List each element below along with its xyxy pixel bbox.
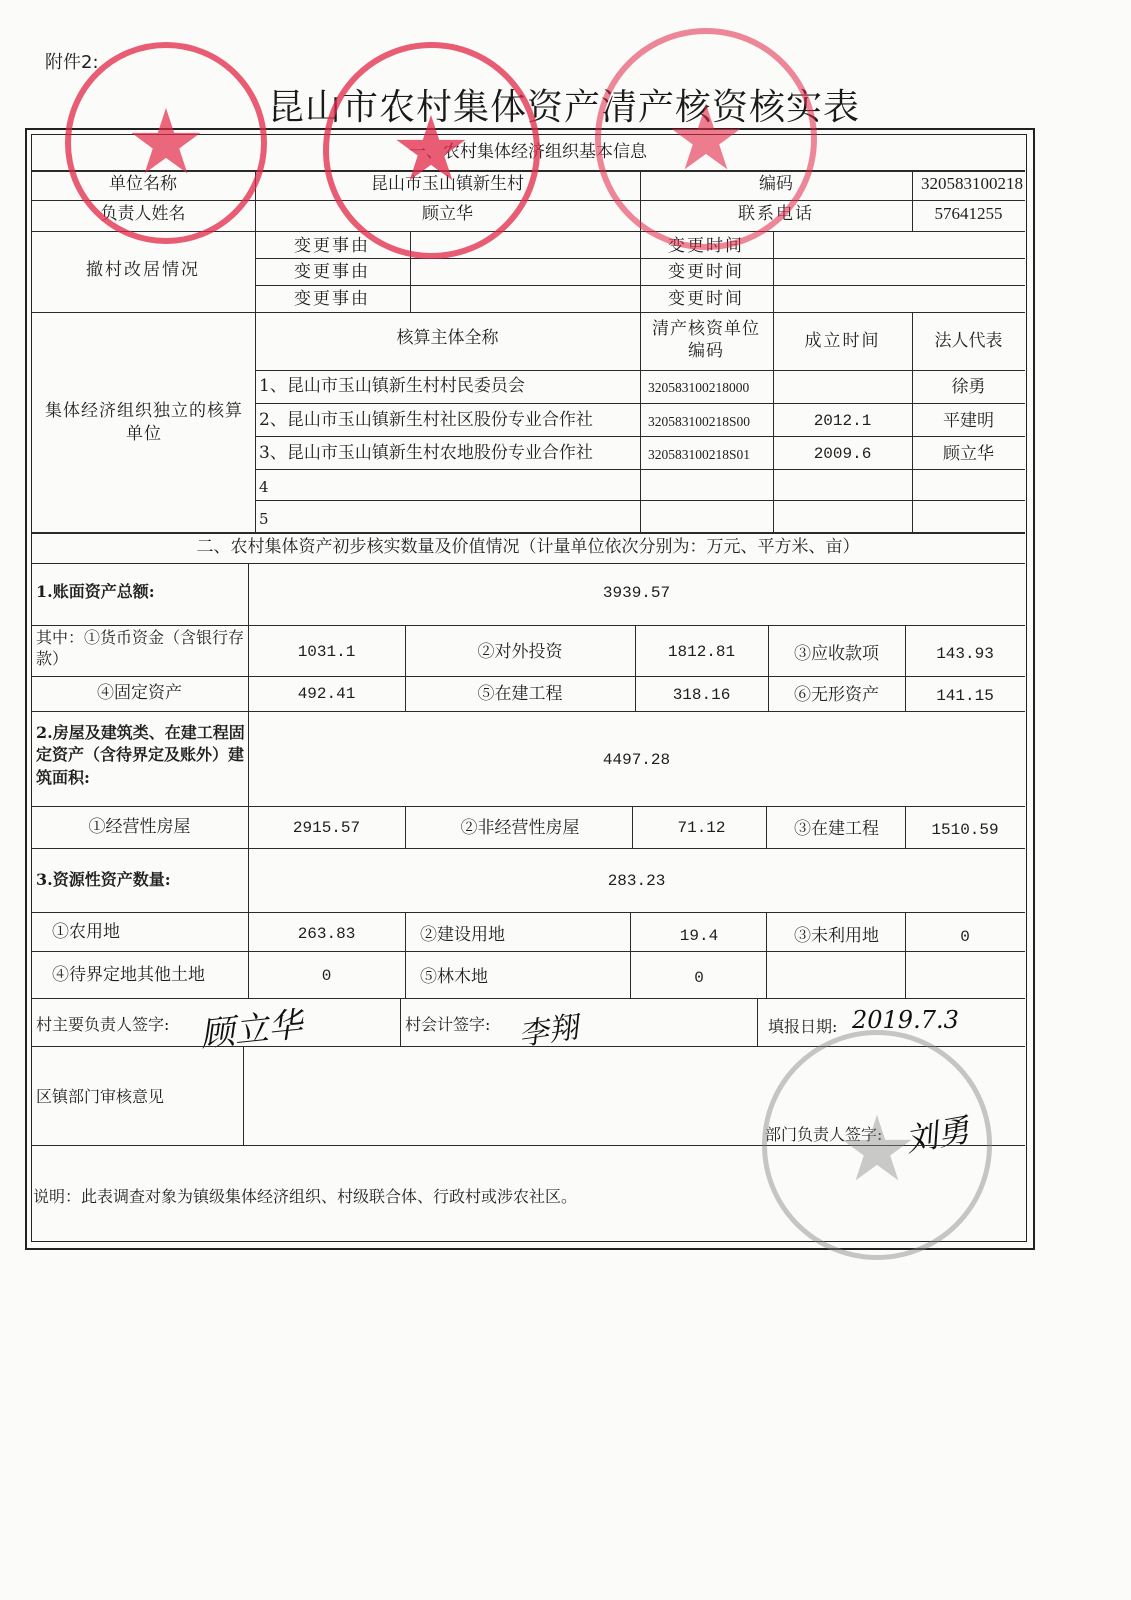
review-opinion-label: 区镇部门审核意见 (36, 1087, 164, 1106)
asset-item-receivable-label: ③应收款项 (768, 644, 905, 664)
attachment-label: 附件2: (45, 52, 99, 74)
asset-item-intangible-value: 141.15 (905, 687, 1025, 706)
change-time-label-1: 变更时间 (668, 236, 744, 256)
resources-label: 3.资源性资产数量: (36, 870, 171, 889)
change-time-label-2: 变更时间 (668, 262, 744, 282)
building-item-nonoperating-value: 71.12 (635, 819, 768, 838)
resources-total: 283.23 (248, 872, 1025, 891)
accounting-units-label: 集体经济组织独立的核算单位 (38, 400, 250, 446)
asset-item-construction-value: 318.16 (635, 686, 768, 705)
accounting-row-1-rep: 徐勇 (912, 377, 1025, 397)
book-assets-total: 3939.57 (248, 584, 1025, 603)
accounting-row-1-code: 320583100218000 (648, 380, 749, 396)
village-head-signature-label: 村主要负责人签字: (36, 1015, 169, 1034)
resource-item-forest-label: ⑤林木地 (420, 967, 488, 987)
fill-date-label: 填报日期: (768, 1017, 837, 1036)
resource-item-agri-value: 263.83 (248, 925, 405, 944)
accounting-row-2-name: 2、昆山市玉山镇新生村社区股份专业合作社 (259, 410, 593, 430)
accounting-header-founded: 成立时间 (773, 331, 912, 351)
asset-item-receivable-value: 143.93 (905, 645, 1025, 664)
dept-head-signature-label: 部门负责人签字: (765, 1125, 882, 1144)
change-reason-label-2: 变更事由 (294, 262, 370, 282)
accounting-header-name: 核算主体全称 (255, 328, 640, 348)
leader-value: 顾立华 (255, 204, 640, 224)
asset-item-fixed-label: ④固定资产 (31, 683, 248, 703)
book-assets-label: 1.账面资产总额: (36, 582, 155, 601)
resource-item-construction-value: 19.4 (630, 927, 768, 946)
unit-name-value: 昆山市玉山镇新生村 (255, 174, 640, 194)
change-reason-label-3: 变更事由 (294, 289, 370, 309)
asset-item-investment-value: 1812.81 (635, 643, 768, 662)
phone-value: 57641255 (912, 204, 1025, 224)
footnote: 说明：此表调查对象为镇级集体经济组织、村级联合体、行政村或涉农社区。 (33, 1187, 577, 1206)
asset-item-intangible-label: ⑥无形资产 (768, 685, 905, 705)
resource-item-unused-label: ③未利用地 (768, 926, 905, 946)
change-time-input-2[interactable] (775, 260, 1023, 284)
buildings-label: 2.房屋及建筑类、在建工程固定资产（含待界定及账外）建筑面积: (36, 722, 246, 789)
review-opinion-field[interactable] (246, 1048, 746, 1143)
accounting-header-rep: 法人代表 (912, 331, 1025, 351)
accounting-row-2-code: 320583100218S00 (648, 414, 750, 430)
code-label: 编码 (640, 174, 912, 194)
accounting-row-3-name: 3、昆山市玉山镇新生村农地股份专业合作社 (259, 443, 593, 463)
building-item-operating-value: 2915.57 (248, 819, 405, 838)
resource-item-construction-label: ②建设用地 (420, 925, 505, 945)
accounting-row-2-rep: 平建明 (912, 411, 1025, 431)
accountant-signature-label: 村会计签字: (405, 1015, 490, 1034)
accounting-row-1-name: 1、昆山市玉山镇新生村村民委员会 (259, 376, 525, 396)
leader-label: 负责人姓名 (31, 204, 255, 224)
change-time-input-3[interactable] (775, 287, 1023, 311)
accounting-row-4-name: 4 (259, 478, 269, 496)
change-reason-label-1: 变更事由 (294, 236, 370, 256)
asset-item-cash-label: 其中：①货币资金（含银行存款） (36, 628, 244, 670)
section1-header: 一、农村集体经济组织基本信息 (31, 142, 1025, 162)
code-value: 320583100218 (912, 174, 1032, 194)
section2-header: 二、农村集体资产初步核实数量及价值情况（计量单位依次分别为：万元、平方米、亩） (31, 537, 1025, 557)
change-time-label-3: 变更时间 (668, 289, 744, 309)
building-item-construction-label: ③在建工程 (768, 819, 905, 839)
unit-name-label: 单位名称 (31, 174, 255, 194)
accounting-row-5-name: 5 (259, 510, 269, 528)
building-item-operating-label: ①经营性房屋 (31, 817, 248, 837)
change-reason-input-3[interactable] (412, 287, 638, 311)
accounting-row-3-founded: 2009.6 (773, 445, 912, 464)
resource-item-unused-value: 0 (905, 928, 1025, 947)
change-time-input-1[interactable] (775, 233, 1023, 257)
resource-item-forest-value: 0 (630, 969, 768, 988)
accounting-row-3-code: 320583100218S01 (648, 447, 750, 463)
resource-item-pending-label: ④待界定地其他土地 (52, 965, 205, 985)
accounting-header-code: 清产核资单位编码 (650, 318, 762, 362)
resource-item-pending-value: 0 (248, 967, 405, 986)
building-item-nonoperating-label: ②非经营性房屋 (405, 818, 635, 838)
asset-item-fixed-value: 492.41 (248, 685, 405, 704)
resource-item-agri-label: ①农用地 (52, 922, 120, 942)
asset-item-construction-label: ⑤在建工程 (405, 684, 635, 704)
village-change-label: 撤村改居情况 (31, 260, 255, 280)
accounting-row-2-founded: 2012.1 (773, 412, 912, 431)
phone-label: 联系电话 (640, 204, 912, 224)
accounting-row-3-rep: 顾立华 (912, 444, 1025, 464)
asset-item-cash-value: 1031.1 (248, 643, 405, 662)
building-item-construction-value: 1510.59 (905, 821, 1025, 840)
buildings-total: 4497.28 (248, 751, 1025, 770)
change-reason-input-2[interactable] (412, 260, 638, 284)
change-reason-input-1[interactable] (412, 233, 638, 257)
asset-item-investment-label: ②对外投资 (405, 642, 635, 662)
page-title: 昆山市农村集体资产清产核资核实表 (268, 86, 860, 129)
